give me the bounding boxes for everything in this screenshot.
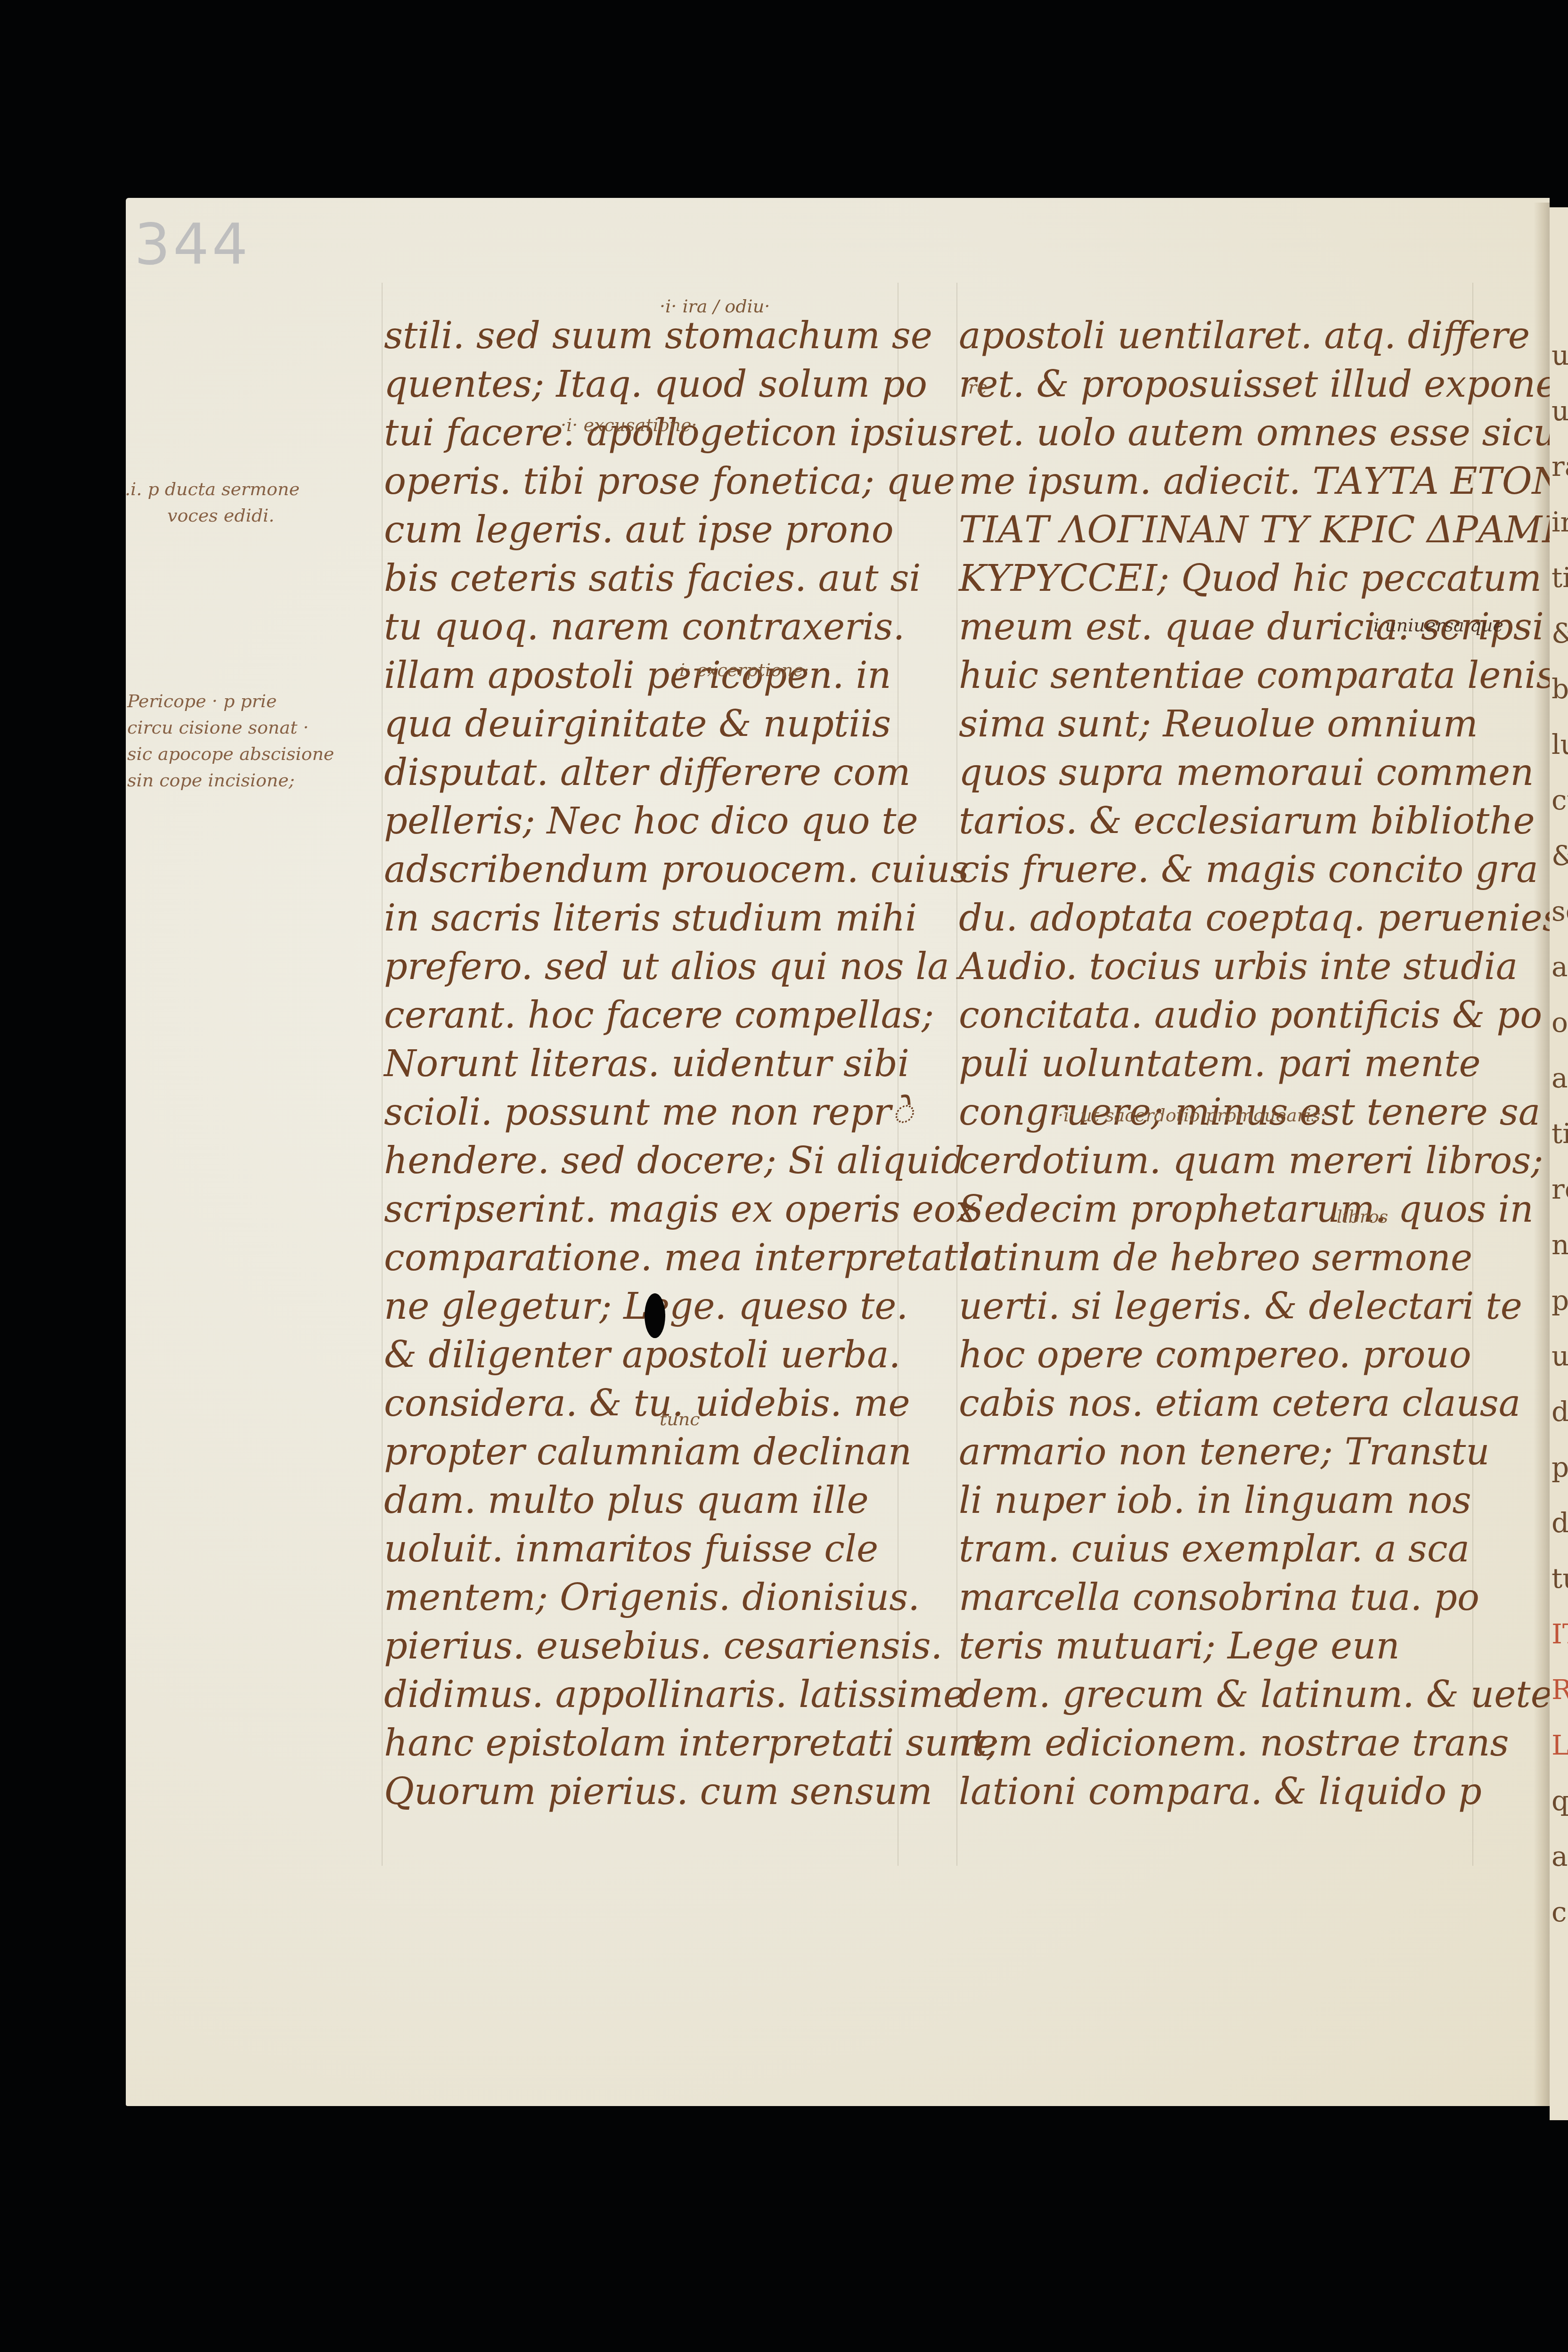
manuscript-line: ret. & proposuisset illud expone — [959, 363, 1557, 406]
margin-note-line: .i. p ducta sermone — [125, 476, 300, 502]
ruling-left-outer — [382, 283, 383, 1866]
manuscript-line: stili. sed suum stomachum se — [384, 315, 932, 357]
gloss-excusatione: ·i· excusatione· — [561, 415, 697, 435]
manuscript-line: cerant. hoc facere compellas; — [384, 994, 934, 1037]
margin-note-pericope: Pericope · p prie circu cisione sonat · … — [127, 688, 334, 793]
manuscript-line: dam. multo plus quam ille — [384, 1479, 869, 1522]
manuscript-line: huic sententiae comparata lenis — [959, 654, 1555, 697]
margin-note-apollogeticon: .i. p ducta sermone voces edidi. — [125, 476, 300, 529]
facing-page-fragment: au — [1552, 1840, 1568, 1872]
manuscript-line: cis fruere. & magis concito gra — [959, 849, 1538, 891]
manuscript-line: scripserint. magis ex operis eox — [384, 1188, 977, 1231]
facing-page-fragment: cub — [1552, 784, 1568, 816]
manuscript-line: armario non tenere; Transtu — [959, 1431, 1490, 1473]
facing-page-fragment: lue — [1552, 728, 1568, 760]
manuscript-line: concitata. audio pontificis & po — [959, 994, 1542, 1037]
manuscript-line: bis ceteris satis facies. aut si — [384, 557, 921, 600]
manuscript-line: in sacris literis studium mihi — [384, 897, 917, 939]
manuscript-line: Audio. tocius urbis inte studia — [959, 946, 1518, 988]
manuscript-line: uoluit. inmaritos fuisse cle — [384, 1528, 878, 1570]
manuscript-line: adscribendum prouocem. cuius — [384, 849, 969, 891]
facing-page-fragment: ran — [1552, 450, 1568, 482]
facing-page-fragment: &m — [1552, 840, 1568, 872]
manuscript-line: hoc opere compereo. prouo — [959, 1334, 1471, 1376]
manuscript-line: hanc epistolam interpretati sunt; — [384, 1722, 999, 1764]
manuscript-line: tram. cuius exemplar. a sca — [959, 1528, 1470, 1570]
manuscript-line: marcella consobrina tua. po — [959, 1576, 1479, 1619]
manuscript-line: qua deuirginitate & nuptiis — [384, 703, 891, 745]
manuscript-line: sima sunt; Reuolue omnium — [959, 703, 1478, 745]
manuscript-line: tu quoq. narem contraxeris. — [384, 606, 905, 648]
manuscript-line: mentem; Origenis. dionisius. — [384, 1576, 920, 1619]
facing-page-fragment: phi — [1552, 1451, 1568, 1483]
manuscript-line: ΚΥΡΥCCEI; Quod hic peccatum — [959, 557, 1542, 600]
manuscript-line: pierius. eusebius. cesariensis. — [384, 1625, 942, 1667]
gloss-re: re — [968, 377, 988, 398]
manuscript-line: cum legeris. aut ipse prono — [384, 509, 894, 551]
facing-page-fragment: &r — [1552, 617, 1568, 649]
manuscript-line: latinum de hebreo sermone — [959, 1237, 1472, 1279]
parchment-hole — [645, 1293, 665, 1338]
manuscript-line: Norunt literas. uidentur sibi — [384, 1043, 909, 1085]
margin-note-line: sin cope incisione; — [127, 767, 334, 793]
manuscript-line: cerdotium. quam mereri libros; — [959, 1140, 1543, 1182]
manuscript-line: quos supra memoraui commen — [959, 751, 1534, 794]
manuscript-line: du. adoptata coeptaq. peruenies; — [959, 897, 1568, 939]
facing-page-fragment: uer — [1552, 1340, 1568, 1372]
facing-page-fragment: qui — [1552, 1785, 1568, 1817]
manuscript-line: teris mutuari; Lege eun — [959, 1625, 1400, 1667]
manuscript-line: Quorum pierius. cum sensum — [384, 1771, 932, 1813]
facing-page-edge: uicueranincti&rbrluecub&mserapioraaputia… — [1550, 207, 1568, 2120]
gloss-libros: ·libros — [1331, 1206, 1388, 1227]
gloss-uniuersa: i uniuersa que — [1373, 615, 1503, 636]
margin-note-line: circu cisione sonat · — [127, 714, 334, 741]
folio-number: 344 — [134, 212, 251, 278]
facing-page-fragment: REC — [1552, 1674, 1568, 1706]
gloss-excerptione: ·i· excerptione· — [674, 660, 809, 680]
manuscript-line: & diligenter apostoli uerba. — [384, 1334, 900, 1376]
manuscript-line: disputat. alter differere com — [384, 751, 910, 794]
manuscript-line: li nuper iob. in linguam nos — [959, 1479, 1471, 1522]
manuscript-line: ΤΙΑΤ ΛΟΓΙΝΑΝ ΤΥ ΚΡΙC ΔΡΑΜΙΑΝ — [959, 509, 1568, 551]
gloss-sacerdotio: ·i· ut sacerdotio promouearis· — [1058, 1105, 1326, 1126]
facing-page-fragment: api — [1552, 951, 1568, 983]
manuscript-line: pelleris; Nec hoc dico quo te — [384, 800, 918, 842]
facing-page-fragment: ron — [1552, 1173, 1568, 1205]
manuscript-line: puli uoluntatem. pari mente — [959, 1043, 1481, 1085]
facing-page-fragment: inc — [1552, 506, 1568, 538]
manuscript-line: ret. uolo autem omnes esse sicut — [959, 412, 1568, 454]
facing-page-fragment: tur — [1552, 1562, 1568, 1594]
facing-page-fragment: deb — [1552, 1396, 1568, 1428]
facing-page-fragment: tiar — [1552, 1118, 1568, 1150]
manuscript-line: scioli. possunt me non reprे — [384, 1091, 913, 1134]
gloss-ira-odium: ·i· ira / odiu· — [660, 296, 770, 317]
manuscript-line: uerti. si legeris. & delectari te — [959, 1285, 1522, 1328]
facing-page-fragment: pr — [1552, 1284, 1568, 1316]
facing-page-fragment: ca — [1552, 1896, 1568, 1928]
manuscript-line: propter calumniam declinan — [384, 1431, 912, 1473]
manuscript-line: operis. tibi prose fonetica; que — [384, 460, 955, 503]
facing-page-fragment: ora — [1552, 1006, 1568, 1038]
manuscript-line: Sedecim prophetarum. quos in — [959, 1188, 1534, 1231]
margin-note-line: voces edidi. — [125, 502, 300, 529]
manuscript-line: lationi compara. & liquido p — [959, 1771, 1482, 1813]
manuscript-line: didimus. appollinaris. latissime — [384, 1674, 965, 1716]
manuscript-line: cabis nos. etiam cetera clausa — [959, 1382, 1520, 1425]
manuscript-line: quentes; Itaq. quod solum po — [384, 363, 927, 406]
margin-note-line: sic apocope abscisione — [127, 741, 334, 767]
facing-page-fragment: IT — [1552, 1618, 1568, 1650]
facing-page-fragment: apu — [1552, 1062, 1568, 1094]
facing-page-fragment: br — [1552, 673, 1568, 705]
manuscript-line: apostoli uentilaret. atq. differe — [959, 315, 1530, 357]
facing-page-fragment: ti — [1552, 562, 1568, 594]
manuscript-line: illam apostoli pericopen. in — [384, 654, 891, 697]
facing-page-fragment: uic — [1552, 339, 1568, 371]
gloss-tunc: tunc — [660, 1409, 700, 1429]
facing-page-fragment: disc — [1552, 1507, 1568, 1539]
manuscript-line: tarios. & ecclesiarum bibliothe — [959, 800, 1535, 842]
facing-page-fragment: ue — [1552, 395, 1568, 427]
manuscript-line: hendere. sed docere; Si aliquid — [384, 1140, 965, 1182]
facing-page-fragment: ner — [1552, 1229, 1568, 1261]
manuscript-line: me ipsum. adiecit. ΤΑΥΤΑ ΕΤΟΝ — [959, 460, 1564, 503]
manuscript-line: dem. grecum & latinum. & uete — [959, 1674, 1552, 1716]
manuscript-line: rem edicionem. nostrae trans — [959, 1722, 1509, 1764]
facing-page-fragment: ser — [1552, 895, 1568, 927]
manuscript-line: prefero. sed ut alios qui nos la — [384, 946, 949, 988]
manuscript-line: considera. & tu. uidebis. me — [384, 1382, 910, 1425]
manuscript-line: comparatione. mea interpretatio — [384, 1237, 992, 1279]
margin-note-line: Pericope · p prie — [127, 688, 334, 714]
ruling-right-outer — [956, 283, 957, 1866]
facing-page-fragment: L — [1552, 1729, 1568, 1761]
